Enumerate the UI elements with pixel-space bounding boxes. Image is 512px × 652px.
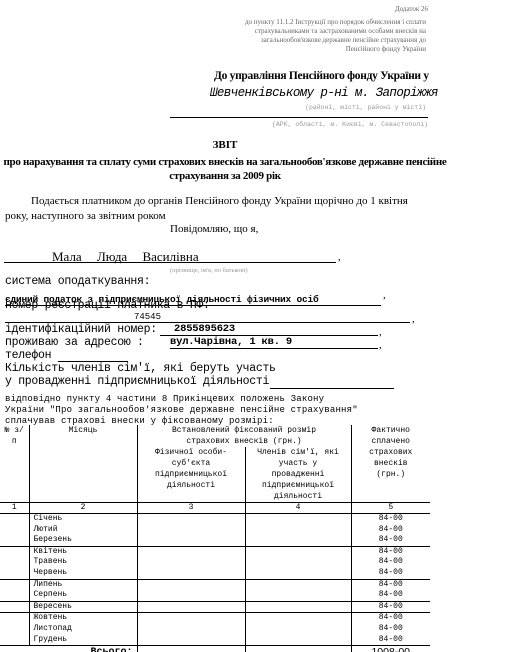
fixed-family-cell[interactable] <box>245 624 351 635</box>
paid-cell[interactable]: 84-00 <box>351 635 430 646</box>
header-fixed-family: Членів сім'ї, які участь у провадженні п… <box>245 447 351 503</box>
statement-line-2: України "Про загальнообов'язкове державн… <box>5 405 358 415</box>
fixed-person-cell[interactable] <box>137 535 245 546</box>
month-cell: Листопад <box>29 624 137 635</box>
column-number: 4 <box>245 503 351 514</box>
paid-cell[interactable]: 84-00 <box>351 579 430 590</box>
fixed-family-cell[interactable] <box>245 557 351 568</box>
fixed-family-cell[interactable] <box>245 635 351 646</box>
paid-cell[interactable]: 84-00 <box>351 514 430 525</box>
month-cell: Липень <box>29 579 137 590</box>
family-members-label-1: Кількість членів сім'ї, які беруть участ… <box>5 362 276 375</box>
region-line[interactable] <box>170 117 428 118</box>
fixed-person-cell[interactable] <box>137 514 245 525</box>
submission-note: Подається платником до органів Пенсійног… <box>5 194 430 224</box>
fixed-family-cell[interactable] <box>245 579 351 590</box>
column-number: 3 <box>137 503 245 514</box>
header-fixed-amount: Встановлений фіксований розмір страхових… <box>137 425 351 447</box>
fixed-family-cell[interactable] <box>245 601 351 613</box>
table-row: Листопад84-00 <box>0 624 430 635</box>
report-subtitle: про нарахування та сплату суми страхових… <box>0 155 450 183</box>
month-cell: Січень <box>29 514 137 525</box>
header-paid: Фактично сплачено страхових внесків (грн… <box>351 425 430 503</box>
tax-system-label: система оподаткування: <box>5 275 150 288</box>
table-row: Серпень84-00 <box>0 590 430 601</box>
id-number-field[interactable]: 2855895623 <box>160 323 378 336</box>
fixed-family-cell[interactable] <box>245 514 351 525</box>
table-body: Січень84-00Лютий84-00Березень84-00Квітен… <box>0 514 430 646</box>
table-row: Березень84-00 <box>0 535 430 546</box>
fixed-family-cell[interactable] <box>245 546 351 557</box>
column-numbers-row: 12345 <box>0 503 430 514</box>
reg-number-label: номер реєстрації платника в ПФ: <box>5 299 210 312</box>
region-hint: (АРК, області, м. Києві, м. Севастополі) <box>272 121 428 128</box>
header-month: Місяць <box>29 425 137 503</box>
month-cell: Серпень <box>29 590 137 601</box>
fixed-family-cell[interactable] <box>245 613 351 624</box>
paid-cell[interactable]: 84-00 <box>351 590 430 601</box>
notify-label: Повідомляю, що я, <box>170 223 258 235</box>
fixed-person-cell[interactable] <box>137 568 245 579</box>
fixed-person-cell[interactable] <box>137 624 245 635</box>
paid-cell[interactable]: 84-00 <box>351 624 430 635</box>
month-cell: Березень <box>29 535 137 546</box>
full-name-hint: (прізвище, ім'я, по батькові) <box>170 267 248 274</box>
recipient-office: До управління Пенсійного фонду України у <box>214 70 429 82</box>
fixed-person-cell[interactable] <box>137 601 245 613</box>
fixed-family-cell[interactable] <box>245 568 351 579</box>
statement-line-1: відповідно пункту 4 частини 8 Прикінцеви… <box>5 394 324 404</box>
month-cell: Червень <box>29 568 137 579</box>
phone-field[interactable] <box>58 349 128 362</box>
table-row: Квітень84-00 <box>0 546 430 557</box>
table-row: Вересень84-00 <box>0 601 430 613</box>
fixed-person-cell[interactable] <box>137 546 245 557</box>
address-field[interactable]: вул.Чарівна, 1 кв. 9 <box>170 336 378 349</box>
fixed-person-cell[interactable] <box>137 613 245 624</box>
table-row: Травень84-00 <box>0 557 430 568</box>
header-number: № з/п <box>0 425 29 503</box>
month-cell: Квітень <box>29 546 137 557</box>
full-name-underline <box>4 262 336 263</box>
total-label: Всього: <box>0 646 137 652</box>
month-cell: Травень <box>29 557 137 568</box>
month-cell: Грудень <box>29 635 137 646</box>
table-row: Січень84-00 <box>0 514 430 525</box>
fixed-person-cell[interactable] <box>137 635 245 646</box>
fixed-person-cell[interactable] <box>137 590 245 601</box>
table-row: Червень84-00 <box>0 568 430 579</box>
fixed-family-cell[interactable] <box>245 525 351 536</box>
district-hint: (районі, місті, районі у місті) <box>305 104 426 111</box>
column-number: 5 <box>351 503 430 514</box>
paid-cell[interactable]: 84-00 <box>351 613 430 624</box>
month-cell: Жовтень <box>29 613 137 624</box>
id-number-label: ідентифікаційний номер: <box>5 323 157 336</box>
contributions-table: № з/п Місяць Встановлений фіксований роз… <box>0 425 430 652</box>
table-row: Грудень84-00 <box>0 635 430 646</box>
month-cell: Лютий <box>29 525 137 536</box>
fixed-person-cell[interactable] <box>137 579 245 590</box>
paid-cell[interactable]: 84-00 <box>351 601 430 613</box>
appendix-reference: до пункту 11.1.2 Інструкції про порядок … <box>232 18 426 54</box>
reg-number-field[interactable]: 74545 <box>5 312 410 323</box>
table-row: Лютий84-00 <box>0 525 430 536</box>
paid-cell[interactable]: 84-00 <box>351 557 430 568</box>
total-value: 1008-00 <box>351 646 430 652</box>
column-number: 1 <box>0 503 29 514</box>
address-label: проживаю за адресою : <box>5 336 144 349</box>
paid-cell[interactable]: 84-00 <box>351 546 430 557</box>
family-members-field[interactable] <box>270 376 394 389</box>
family-members-label-2: у провадженні підприємницької діяльності <box>5 375 269 388</box>
fixed-family-cell[interactable] <box>245 590 351 601</box>
comma: , <box>338 251 341 263</box>
total-row: Всього: 1008-00 <box>0 646 430 652</box>
column-number: 2 <box>29 503 137 514</box>
fixed-person-cell[interactable] <box>137 525 245 536</box>
appendix-label: Додаток 26 <box>395 5 428 13</box>
month-cell: Вересень <box>29 601 137 613</box>
header-fixed-person: Фізичної особи-суб'єкта підприємницької … <box>137 447 245 503</box>
paid-cell[interactable]: 84-00 <box>351 525 430 536</box>
phone-label: телефон <box>5 349 51 362</box>
paid-cell[interactable]: 84-00 <box>351 568 430 579</box>
table-row: Жовтень84-00 <box>0 613 430 624</box>
recipient-district[interactable]: Шевченківському р-ні м. Запоріжжя <box>210 86 438 100</box>
fixed-person-cell[interactable] <box>137 557 245 568</box>
fixed-family-cell[interactable] <box>245 535 351 546</box>
paid-cell[interactable]: 84-00 <box>351 535 430 546</box>
table-row: Липень84-00 <box>0 579 430 590</box>
report-title: ЗВІТ <box>0 139 450 151</box>
